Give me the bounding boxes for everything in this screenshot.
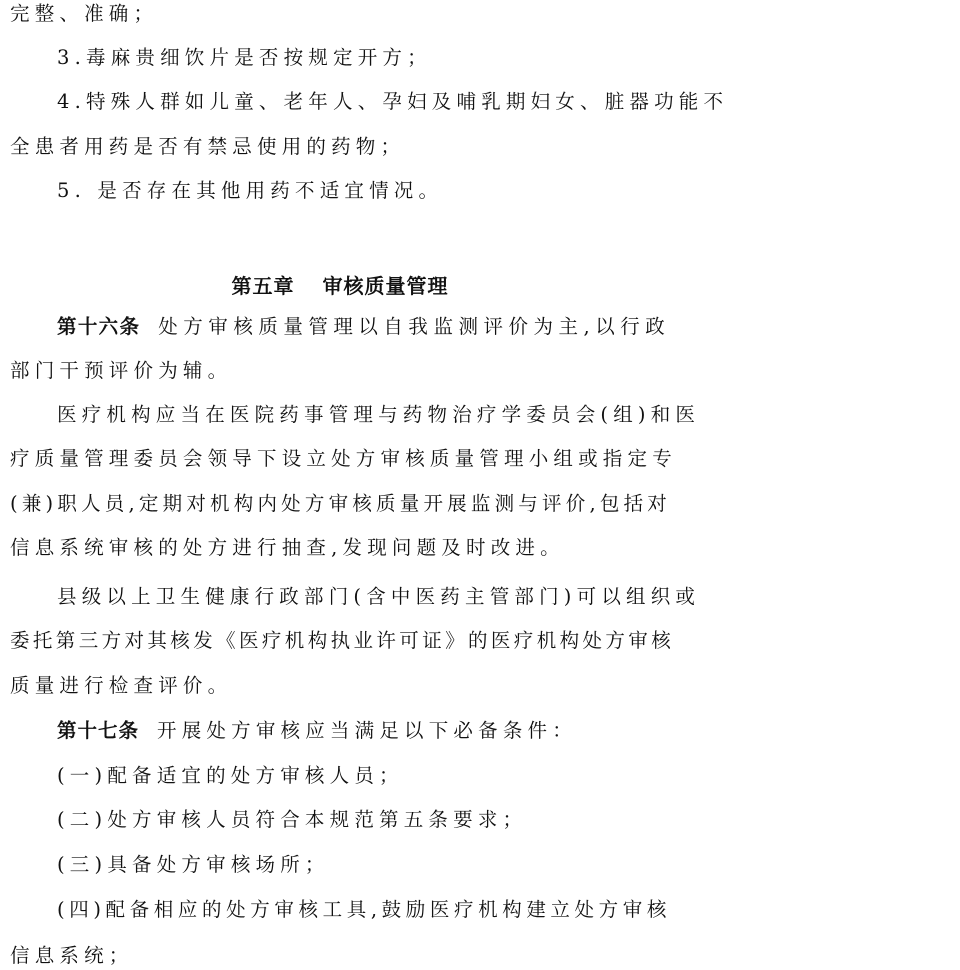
chapter-title: 审核质量管理 (323, 274, 449, 298)
paragraph-line: 县级以上卫生健康行政部门(含中医药主管部门)可以组织或 (57, 585, 670, 609)
list-item-4-cont: 全患者用药是否有禁忌使用的药物； (10, 135, 670, 159)
paragraph-line: 医疗机构应当在医院药事管理与药物治疗学委员会(组)和医 (57, 403, 670, 427)
chapter-number: 第五章 (232, 274, 295, 298)
chapter-heading: 第五章审核质量管理 (0, 270, 680, 299)
article-text: 开展处方审核应当满足以下必备条件： (157, 719, 577, 742)
list-item-4: 4.特殊人群如儿童、老年人、孕妇及哺乳期妇女、脏器功能不 (57, 90, 670, 114)
condition-item-4: (四)配备相应的处方审核工具,鼓励医疗机构建立处方审核 (57, 898, 670, 922)
paragraph-line: 质量进行检查评价。 (10, 674, 670, 698)
condition-item-3: (三)具备处方审核场所； (57, 853, 670, 877)
condition-item-1: (一)配备适宜的处方审核人员； (57, 764, 670, 788)
article-16-line2: 部门干预评价为辅。 (10, 359, 670, 383)
condition-item-4-cont: 信息系统； (10, 944, 670, 968)
article-label: 第十七条 (57, 719, 139, 742)
paragraph-line: 疗质量管理委员会领导下设立处方审核质量管理小组或指定专 (10, 447, 670, 471)
text-line: 完整、准确； (10, 2, 670, 26)
article-label: 第十六条 (57, 315, 140, 338)
article-text: 处方审核质量管理以自我监测评价为主,以行政 (158, 315, 670, 338)
article-16-line1: 第十六条处方审核质量管理以自我监测评价为主,以行政 (57, 315, 670, 339)
list-item-3: 3.毒麻贵细饮片是否按规定开方； (57, 46, 670, 70)
paragraph-line: 信息系统审核的处方进行抽查,发现问题及时改进。 (10, 536, 670, 560)
condition-item-2: (二)处方审核人员符合本规范第五条要求； (57, 808, 670, 832)
article-17-intro: 第十七条开展处方审核应当满足以下必备条件： (57, 719, 670, 743)
paragraph-line: 委托第三方对其核发《医疗机构执业许可证》的医疗机构处方审核 (10, 629, 670, 653)
list-item-5: 5. 是否存在其他用药不适宜情况。 (57, 179, 670, 203)
paragraph-line: (兼)职人员,定期对机构内处方审核质量开展监测与评价,包括对 (10, 492, 670, 516)
